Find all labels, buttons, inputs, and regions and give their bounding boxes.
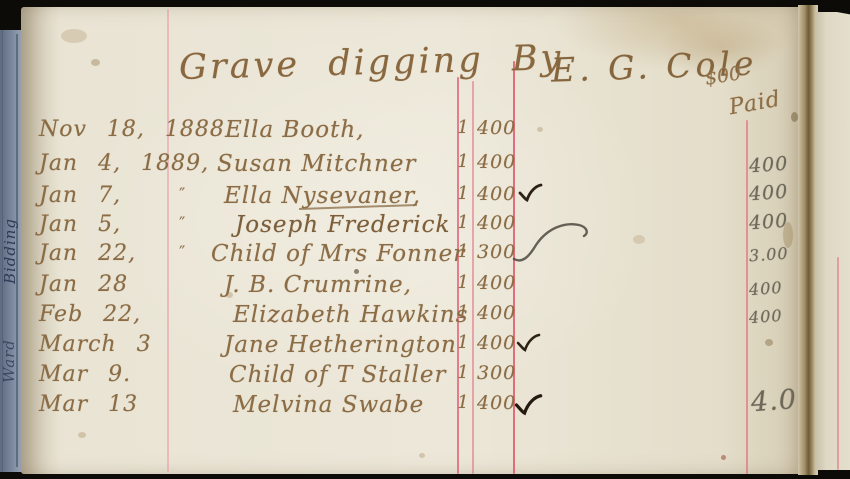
- entry-name: Jane Hetherington: [224, 332, 457, 358]
- entry-quantity: 1: [455, 392, 471, 413]
- entry-paid-amount: 400: [748, 153, 789, 178]
- entry-date: Jan 4, 1889,: [39, 151, 209, 176]
- checkmark-icon: [515, 333, 541, 353]
- spine-handwriting: Bidding: [1, 205, 19, 297]
- entry-quantity: 1: [455, 117, 471, 138]
- entry-date: Jan 7,: [39, 183, 121, 208]
- entry-quantity: 1: [455, 151, 471, 172]
- ledger-entry-row: Jan 22, ″ Child of Mrs Fonner 1 300: [21, 241, 800, 271]
- long-pencil-checkmark-icon: [509, 217, 595, 265]
- entry-paid-amount: 400: [748, 210, 789, 235]
- paper-stain: [91, 59, 100, 66]
- entry-quantity: 1: [455, 212, 471, 233]
- entry-paid-amount: 400: [748, 181, 789, 206]
- ledger-page: Grave digging By E. G. Cole $00 Paid Nov…: [21, 7, 800, 474]
- entry-quantity: 1: [455, 332, 471, 353]
- entry-name: Melvina Swabe: [233, 392, 424, 418]
- entry-paid-amount: 400: [748, 306, 783, 327]
- ledger-entry-row: Jan 7, ″ Ella Nysevaner, 1 400: [21, 183, 800, 213]
- paper-stain: [419, 453, 425, 458]
- next-page-edge: [816, 12, 850, 470]
- entry-date: Nov 18, 1888.: [39, 117, 233, 142]
- amount-column-heading: $00: [704, 62, 743, 89]
- entry-date: March 3: [39, 332, 152, 357]
- spine-handwriting-partial: Ward: [0, 326, 18, 396]
- entry-amount: 400: [477, 302, 516, 324]
- paper-stain: [721, 455, 726, 460]
- book-gutter-seam: [798, 5, 818, 475]
- entry-date: Feb 22,: [39, 302, 141, 327]
- ledger-entry-row: Mar 13 Melvina Swabe 1 400: [21, 392, 800, 422]
- ditto-mark: ″: [179, 214, 185, 234]
- entry-date: Jan 28: [39, 272, 128, 297]
- checkmark-icon: [517, 183, 543, 203]
- entry-amount: 400: [477, 183, 516, 205]
- ledger-entry-row: Nov 18, 1888. Ella Booth, 1 400: [21, 117, 800, 147]
- ruled-line-next-page: [837, 257, 839, 470]
- entry-date: Jan 5,: [39, 212, 121, 237]
- entry-date: Jan 22,: [39, 241, 136, 266]
- entry-paid-amount: 400: [748, 278, 783, 299]
- entry-name: Elizabeth Hawkins: [233, 302, 468, 328]
- entry-quantity: 1: [455, 241, 471, 262]
- entry-quantity: 1: [455, 183, 471, 204]
- entry-amount: 400: [477, 151, 516, 173]
- entry-amount: 400: [477, 272, 516, 294]
- ledger-entry-row: March 3 Jane Hetherington 1 400: [21, 332, 800, 362]
- page-title: Grave digging By: [179, 38, 564, 88]
- entry-name: Child of T Staller: [229, 362, 447, 388]
- entry-name: Susan Mitchner: [217, 151, 416, 177]
- ledger-entry-row: Jan 5, ″ Joseph Frederick 1 400: [21, 212, 800, 242]
- entry-date: Mar 13: [39, 392, 138, 417]
- entry-quantity: 1: [455, 272, 471, 293]
- ledger-entry-row: Jan 28 J. B. Crumrine, 1 400: [21, 272, 800, 302]
- paid-column-heading: Paid: [727, 87, 783, 121]
- entry-paid-amount: 3.00: [748, 244, 789, 266]
- ditto-mark: ″: [179, 243, 185, 263]
- entry-name: Child of Mrs Fonner: [211, 241, 465, 267]
- entry-date: Mar 9.: [39, 362, 131, 387]
- ditto-mark: ″: [179, 185, 185, 205]
- checkmark-icon: [513, 393, 543, 417]
- entry-amount: 400: [477, 392, 516, 414]
- entry-amount: 300: [477, 362, 516, 384]
- entry-quantity: 1: [455, 362, 471, 383]
- ledger-entry-row: Feb 22, Elizabeth Hawkins 1 400: [21, 302, 800, 332]
- scanned-ledger-page: Bidding Ward Grave digging By E. G. Cole…: [0, 0, 850, 479]
- entry-name: Ella Booth,: [225, 117, 365, 143]
- entry-amount: 400: [477, 117, 516, 139]
- paper-stain: [78, 432, 86, 438]
- paper-stain: [61, 29, 87, 43]
- entry-name: J. B. Crumrine,: [224, 272, 412, 298]
- entry-name: Joseph Frederick: [235, 212, 450, 238]
- entry-amount: 400: [477, 332, 516, 354]
- ledger-entry-row: Jan 4, 1889, Susan Mitchner 1 400: [21, 151, 800, 181]
- entry-quantity: 1: [455, 302, 471, 323]
- ledger-entry-row: Mar 9. Child of T Staller 1 300: [21, 362, 800, 392]
